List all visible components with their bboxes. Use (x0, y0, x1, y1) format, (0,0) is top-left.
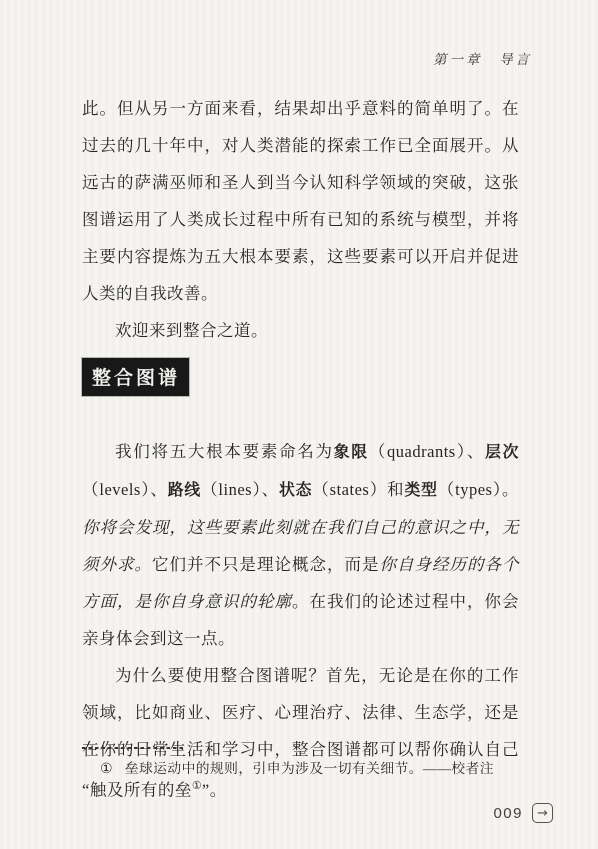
text-run: 层次 (485, 444, 519, 461)
paragraph-welcome: 欢迎来到整合之道。 (82, 312, 519, 349)
paragraph-five-elements: 我们将五大根本要素命名为象限（quadrants）、层次（levels）、路线（… (82, 433, 519, 657)
page-footer: 009 → (493, 803, 553, 823)
section-heading: 整合图谱 (82, 358, 189, 396)
text-run: 象限 (334, 444, 369, 461)
text-run: （states）和 (312, 480, 404, 499)
text-block-top: 此。但从另一方面来看，结果却出乎意料的简单明了。在过去的几十年中，对人类潜能的探… (82, 90, 519, 349)
text-run: （lines）、 (201, 480, 279, 499)
text-run: 类型 (404, 482, 437, 499)
scan-speck (64, 843, 67, 846)
text-run: 状态 (279, 482, 312, 499)
text-run: ”。 (202, 781, 227, 800)
text-run: （levels）、 (82, 480, 168, 499)
running-header: 第一章 导言 (433, 48, 532, 68)
footnote-ref: ① (192, 780, 202, 792)
book-page: 第一章 导言 此。但从另一方面来看，结果却出乎意料的简单明了。在过去的几十年中，… (0, 0, 598, 849)
next-page-arrow-icon: → (532, 803, 553, 823)
text-block-bottom: 我们将五大根本要素命名为象限（quadrants）、层次（levels）、路线（… (82, 433, 519, 809)
footnote-divider (82, 747, 186, 749)
text-run: （quadrants）、 (369, 442, 485, 461)
footnote-marker: ① (100, 761, 113, 776)
paragraph-why-use-map: 为什么要使用整合图谱呢？首先，无论是在你的工作领域，比如商业、医疗、心理治疗、法… (82, 657, 519, 809)
text-run: 它们并不只是理论概念，而是 (152, 555, 380, 574)
paragraph-continuation: 此。但从另一方面来看，结果却出乎意料的简单明了。在过去的几十年中，对人类潜能的探… (82, 90, 519, 312)
footnote-text: 垒球运动中的规则，引申为涉及一切有关细节。——校者注 (125, 761, 494, 776)
text-run: 路线 (168, 482, 201, 499)
page-number: 009 (493, 805, 523, 822)
footnote: ①垒球运动中的规则，引申为涉及一切有关细节。——校者注 (82, 758, 519, 780)
text-run: （types）。 (438, 480, 519, 499)
text-run: 我们将五大根本要素命名为 (115, 442, 334, 461)
